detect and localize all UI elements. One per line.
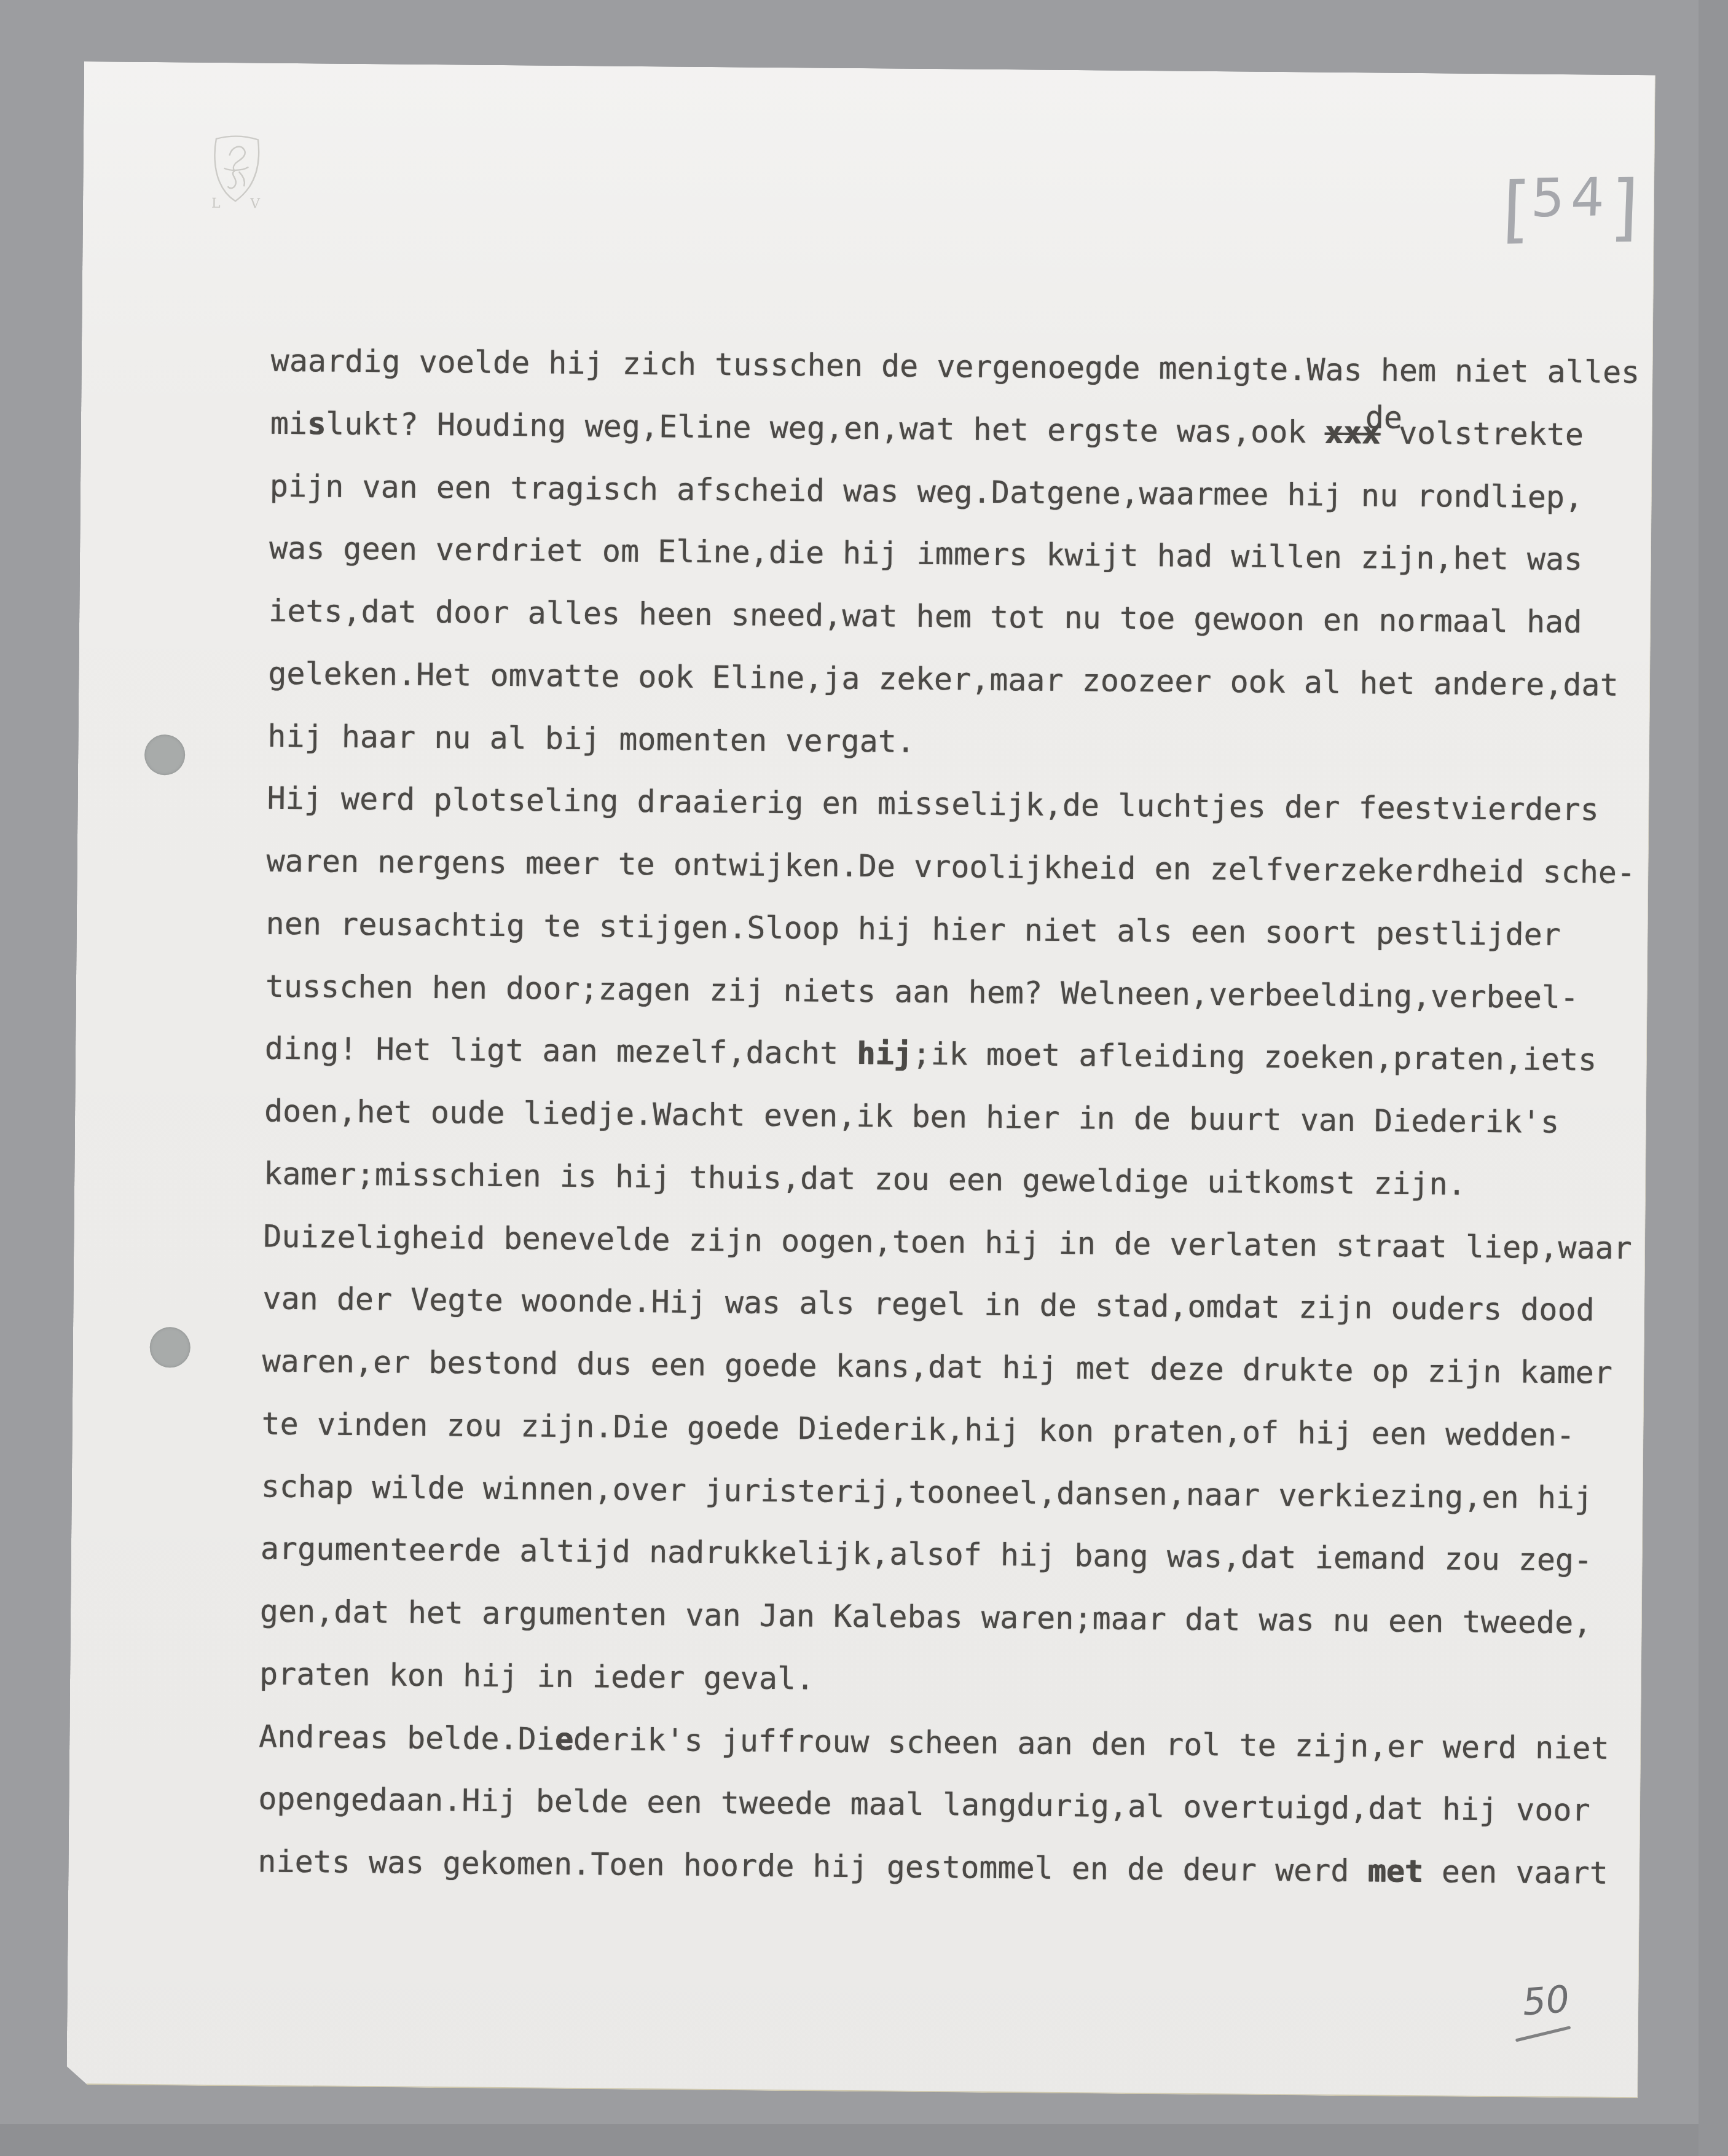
text-segment: schap wilde winnen,over juristerij,toone… (261, 1468, 1593, 1516)
punch-hole-top (144, 734, 186, 776)
text-segment: doen,het oude liedje.Wacht even,ik ben h… (264, 1093, 1560, 1140)
text-segment: Duizeligheid benevelde zijn oogen,toen h… (263, 1218, 1632, 1265)
watermark-figure-band (224, 167, 248, 170)
overstruck-text: met (1367, 1853, 1423, 1889)
text-line: ding! Het ligt aan mezelf,dacht hij;ik m… (265, 1018, 1634, 1092)
pencil-bracket-open: [ (1501, 166, 1533, 251)
text-line: praten kon hij in ieder geval. (259, 1643, 1628, 1717)
scan-background: { "scan": { "background_color": "#9c9da0… (0, 0, 1728, 2156)
text-segment: van der Vegte woonde.Hij was als regel i… (262, 1281, 1595, 1328)
text-segment: ding! Het ligt aan mezelf,dacht (265, 1031, 857, 1071)
text-segment: was geen verdriet om Eline,die hij immer… (269, 530, 1583, 578)
text-segment: pijn van een tragisch afscheid was weg.D… (270, 468, 1584, 515)
text-segment: hij haar nu al bij momenten vergat. (267, 718, 915, 759)
pencil-page-number-underline (1515, 2026, 1571, 2042)
watermark-shield-outline (214, 136, 259, 201)
text-line: kamer;misschien is hij thuis,dat zou een… (264, 1143, 1633, 1217)
text-segment: argumenteerde altijd nadrukkelijk,alsof … (261, 1531, 1593, 1578)
text-line: schap wilde winnen,over juristerij,toone… (261, 1455, 1630, 1530)
watermark-figure-upper (229, 147, 245, 171)
text-line: gen,dat het argumenten van Jan Kalebas w… (260, 1581, 1629, 1655)
text-line: te vinden zou zijn.Die goede Diederik,hi… (261, 1393, 1630, 1467)
text-line: mislukt? Houding weg,Eline weg,en,wat he… (270, 392, 1639, 466)
text-segment: opengedaan.Hij belde een tweede maal lan… (258, 1781, 1590, 1828)
pencil-page-number: 50 (1521, 1978, 1571, 2024)
text-segment: niets was gekomen.Toen hoorde hij gestom… (257, 1844, 1368, 1889)
text-line: waardig voelde hij zich tusschen de verg… (270, 330, 1640, 404)
shield-watermark-stamp: L V (211, 134, 263, 211)
text-line: tusschen hen door;zagen zij niets aan he… (265, 955, 1634, 1029)
overstruck-text: hij (857, 1036, 913, 1072)
text-segment: praten kon hij in ieder geval. (259, 1656, 815, 1696)
text-segment: kamer;misschien is hij thuis,dat zou een… (264, 1155, 1466, 1202)
text-segment: te vinden zou zijn.Die goede Diederik,hi… (261, 1406, 1575, 1453)
text-segment: ;ik moet afleiding zoeken,praten,iets (912, 1036, 1596, 1078)
text-segment: derik's juffrouw scheen aan den rol te z… (573, 1721, 1609, 1766)
watermark-letter-v: V (249, 196, 261, 210)
watermark-figure-tail (239, 172, 245, 186)
text-segment: gen,dat het argumenten van Jan Kalebas w… (260, 1594, 1592, 1641)
text-line: van der Vegte woonde.Hij was als regel i… (262, 1268, 1632, 1342)
text-segment: lukt? Houding weg,Eline weg,en,wat het e… (326, 406, 1325, 450)
text-segment: mi (270, 405, 308, 441)
scanner-bed-shadow-right (1699, 0, 1728, 2156)
overstruck-text: s (307, 406, 326, 441)
text-line: nen reusachtig te stijgen.Sloop hij hier… (265, 892, 1635, 967)
scanner-bed-shadow-bottom (0, 2124, 1728, 2156)
text-segment: iets,dat door alles heen sneed,wat hem t… (269, 593, 1582, 640)
text-line: iets,dat door alles heen sneed,wat hem t… (269, 580, 1638, 655)
text-line: niets was gekomen.Toen hoorde hij gestom… (257, 1831, 1627, 1905)
text-line: waren nergens meer te ontwijken.De vrool… (266, 830, 1635, 905)
text-segment: waren nergens meer te ontwijken.De vrool… (266, 843, 1635, 891)
text-segment: waardig voelde hij zich tusschen de verg… (271, 343, 1640, 390)
text-line: argumenteerde altijd nadrukkelijk,alsof … (260, 1518, 1629, 1592)
watermark-figure-lower (228, 171, 236, 188)
overstruck-text: e (555, 1721, 574, 1757)
inserted-word-above-line: de (1365, 387, 1402, 449)
typewritten-text: waardig voelde hij zich tusschen de verg… (257, 330, 1640, 1905)
text-line: opengedaan.Hij belde een tweede maal lan… (258, 1768, 1627, 1843)
text-line: Duizeligheid benevelde zijn oogen,toen h… (263, 1205, 1632, 1280)
pencil-bracket-close: ] (1609, 164, 1640, 250)
text-segment: nen reusachtig te stijgen.Sloop hij hier… (266, 905, 1561, 952)
text-line: pijn van een tragisch afscheid was weg.D… (270, 455, 1639, 529)
text-line: Hij werd plotseling draaierig en misseli… (267, 768, 1636, 842)
text-line: Andreas belde.Diederik's juffrouw scheen… (259, 1706, 1628, 1780)
text-segment: Hij werd plotseling draaierig en misseli… (267, 781, 1599, 828)
pencil-folio-digits: 54 (1530, 167, 1612, 229)
text-line: doen,het oude liedje.Wacht even,ik ben h… (264, 1080, 1633, 1155)
text-line: was geen verdriet om Eline,die hij immer… (269, 517, 1638, 592)
text-segment: volstrekte (1380, 415, 1584, 452)
text-segment: Andreas belde.Di (259, 1718, 555, 1757)
watermark-letter-l: L (211, 196, 221, 211)
pencil-folio-number: [54] (1501, 164, 1640, 251)
text-line: hij haar nu al bij momenten vergat. (267, 705, 1636, 779)
text-line: waren,er bestond dus een goede kans,dat … (262, 1331, 1631, 1405)
text-segment: tusschen hen door;zagen zij niets aan he… (265, 968, 1579, 1015)
text-line: geleken.Het omvatte ook Eline,ja zeker,m… (268, 642, 1637, 717)
scanned-page: L V [54] waardig voelde hij zich tussche… (66, 61, 1655, 2098)
punch-hole-bottom (149, 1327, 190, 1368)
text-segment: waren,er bestond dus een goede kans,dat … (262, 1344, 1612, 1391)
text-segment: geleken.Het omvatte ook Eline,ja zeker,m… (268, 655, 1619, 702)
struck-out-text: xxxde (1324, 414, 1380, 450)
text-segment: een vaart (1423, 1854, 1609, 1891)
